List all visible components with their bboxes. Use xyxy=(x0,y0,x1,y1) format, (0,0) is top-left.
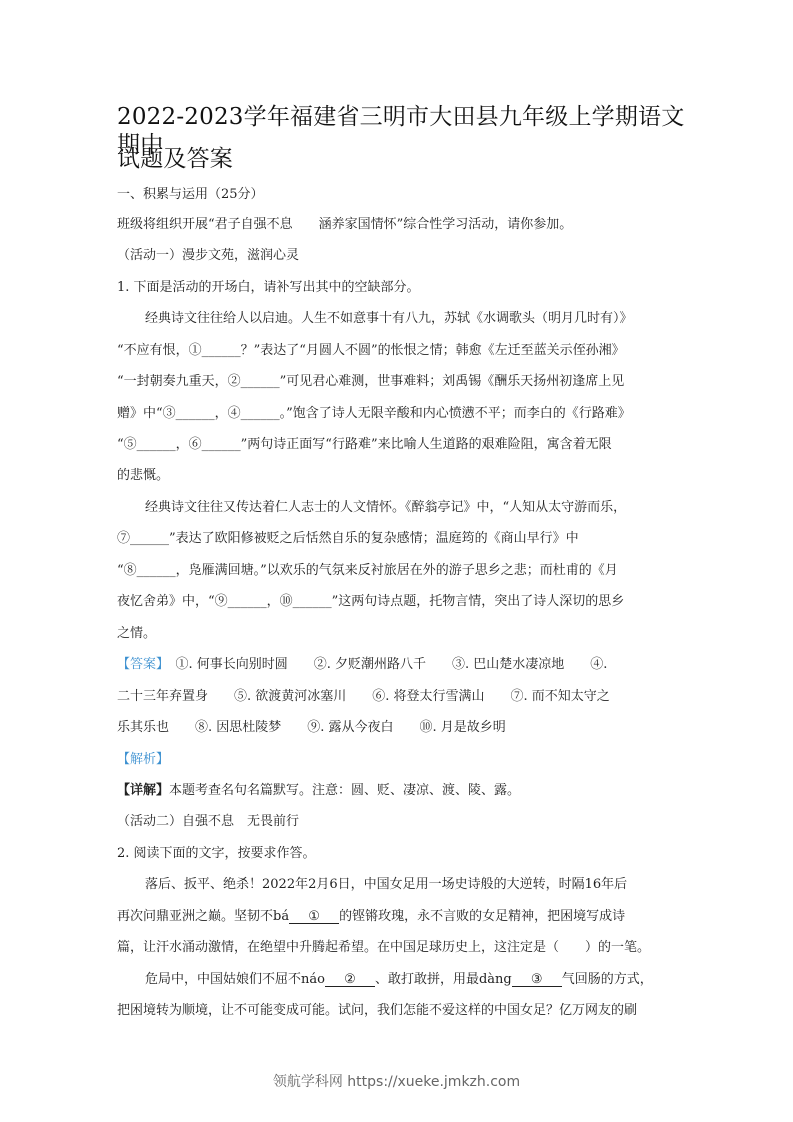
text-segment: 再次问鼎亚洲之巅。坚韧不bá xyxy=(117,909,289,924)
activity1-heading: （活动一）漫步文苑，滋润心灵 xyxy=(117,247,687,265)
paragraph-line: “一封朝奏九重天，②______”可见君心难测，世事难料；刘禹锡《酬乐天扬州初逢… xyxy=(117,373,687,391)
paragraph-line: 经典诗文往往又传达着仁人志士的人文情怀。《醉翁亭记》中，“人知从太守游而乐， xyxy=(117,499,687,517)
fill-blank-1: ① xyxy=(289,908,339,924)
paragraph-line: 赠》中“③______，④______。”饱含了诗人无限辛酸和内心愤懑不平；而李… xyxy=(117,405,687,423)
detail-label: 【详解】 xyxy=(117,783,169,798)
detail-line: 【详解】本题考查名句名篇默写。注意：圆、贬、凄凉、渡、陵、露。 xyxy=(117,782,687,800)
analysis-label: 【解析】 xyxy=(117,751,687,769)
fill-blank-2: ② xyxy=(325,971,375,987)
paragraph-line: 之情。 xyxy=(117,625,687,643)
question2-prompt: 2. 阅读下面的文字，按要求作答。 xyxy=(117,845,687,863)
paragraph-line: 再次问鼎亚洲之巅。坚韧不bá①的铿锵玫瑰，永不言败的女足精神，把困境写成诗 xyxy=(117,908,687,926)
paragraph-line: 的悲慨。 xyxy=(117,467,687,485)
text-segment: 气回肠的方式， xyxy=(562,972,653,987)
text-segment: 、敢打敢拼，用最dàng xyxy=(375,972,512,987)
paragraph-line: “⑧______，凫雁满回塘。”以欢乐的气氛来反衬旅居在外的游子思乡之悲；而杜甫… xyxy=(117,562,687,580)
paragraph-line: “不应有恨，①______？”表达了“月圆人不圆”的怅恨之情；韩愈《左迁至蓝关示… xyxy=(117,342,687,360)
paragraph-line: “⑤______，⑥______”两句诗正面写“行路难”来比喻人生道路的艰难险阻… xyxy=(117,436,687,454)
answer-text: ①. 何事长向别时圆 ②. 夕贬潮州路八千 ③. 巴山楚水凄凉地 ④. xyxy=(163,657,608,672)
text-segment: 危局中，中国姑娘们不屈不náo xyxy=(145,972,325,987)
answer-line: 【答案】 ①. 何事长向别时圆 ②. 夕贬潮州路八千 ③. 巴山楚水凄凉地 ④. xyxy=(117,656,687,674)
fill-blank-3: ③ xyxy=(512,971,562,987)
footer-watermark: 领航学科网 https://xueke.jmkzh.com xyxy=(0,1071,793,1091)
detail-text: 本题考查名句名篇默写。注意：圆、贬、凄凉、渡、陵、露。 xyxy=(169,783,520,798)
question1-prompt: 1. 下面是活动的开场白，请补写出其中的空缺部分。 xyxy=(117,279,687,297)
answer-line: 乐其乐也 ⑧. 因思杜陵梦 ⑨. 露从今夜白 ⑩. 月是故乡明 xyxy=(117,719,687,737)
paragraph-line: 落后、扳平、绝杀！2022年2月6日，中国女足用一场史诗般的大逆转，时隔16年后 xyxy=(117,876,687,894)
paragraph-line: 把困境转为顺境，让不可能变成可能。试问，我们怎能不爱这样的中国女足？亿万网友的刷 xyxy=(117,1002,687,1020)
document-title-line2: 试题及答案 xyxy=(117,145,687,173)
intro-text: 班级将组织开展“君子自强不息 涵养家国情怀”综合性学习活动，请你参加。 xyxy=(117,216,687,234)
activity2-heading: （活动二）自强不息 无畏前行 xyxy=(117,813,687,831)
paragraph-line: 危局中，中国姑娘们不屈不náo②、敢打敢拼，用最dàng③气回肠的方式， xyxy=(117,971,687,989)
section-heading: 一、积累与运用（25分） xyxy=(117,186,687,204)
paragraph-line: 经典诗文往往给人以启迪。人生不如意事十有八九，苏轼《水调歌头（明月几时有）》 xyxy=(117,310,687,328)
answer-label: 【答案】 xyxy=(117,657,163,672)
document-page: 2022-2023学年福建省三明市大田县九年级上学期语文期中 试题及答案 一、积… xyxy=(0,0,793,1122)
paragraph-line: ⑦______”表达了欧阳修被贬之后恬然自乐的复杂感情；温庭筠的《商山早行》中 xyxy=(117,530,687,548)
text-segment: 的铿锵玫瑰，永不言败的女足精神，把困境写成诗 xyxy=(339,909,625,924)
paragraph-line: 篇，让汗水涌动激情，在绝望中升腾起希望。在中国足球历史上，这注定是（ ）的一笔。 xyxy=(117,939,687,957)
paragraph-line: 夜忆舍弟》中，“⑨______，⑩______”这两句诗点题，托物言情，突出了诗… xyxy=(117,593,687,611)
answer-line: 二十三年弃置身 ⑤. 欲渡黄河冰塞川 ⑥. 将登太行雪满山 ⑦. 而不知太守之 xyxy=(117,688,687,706)
